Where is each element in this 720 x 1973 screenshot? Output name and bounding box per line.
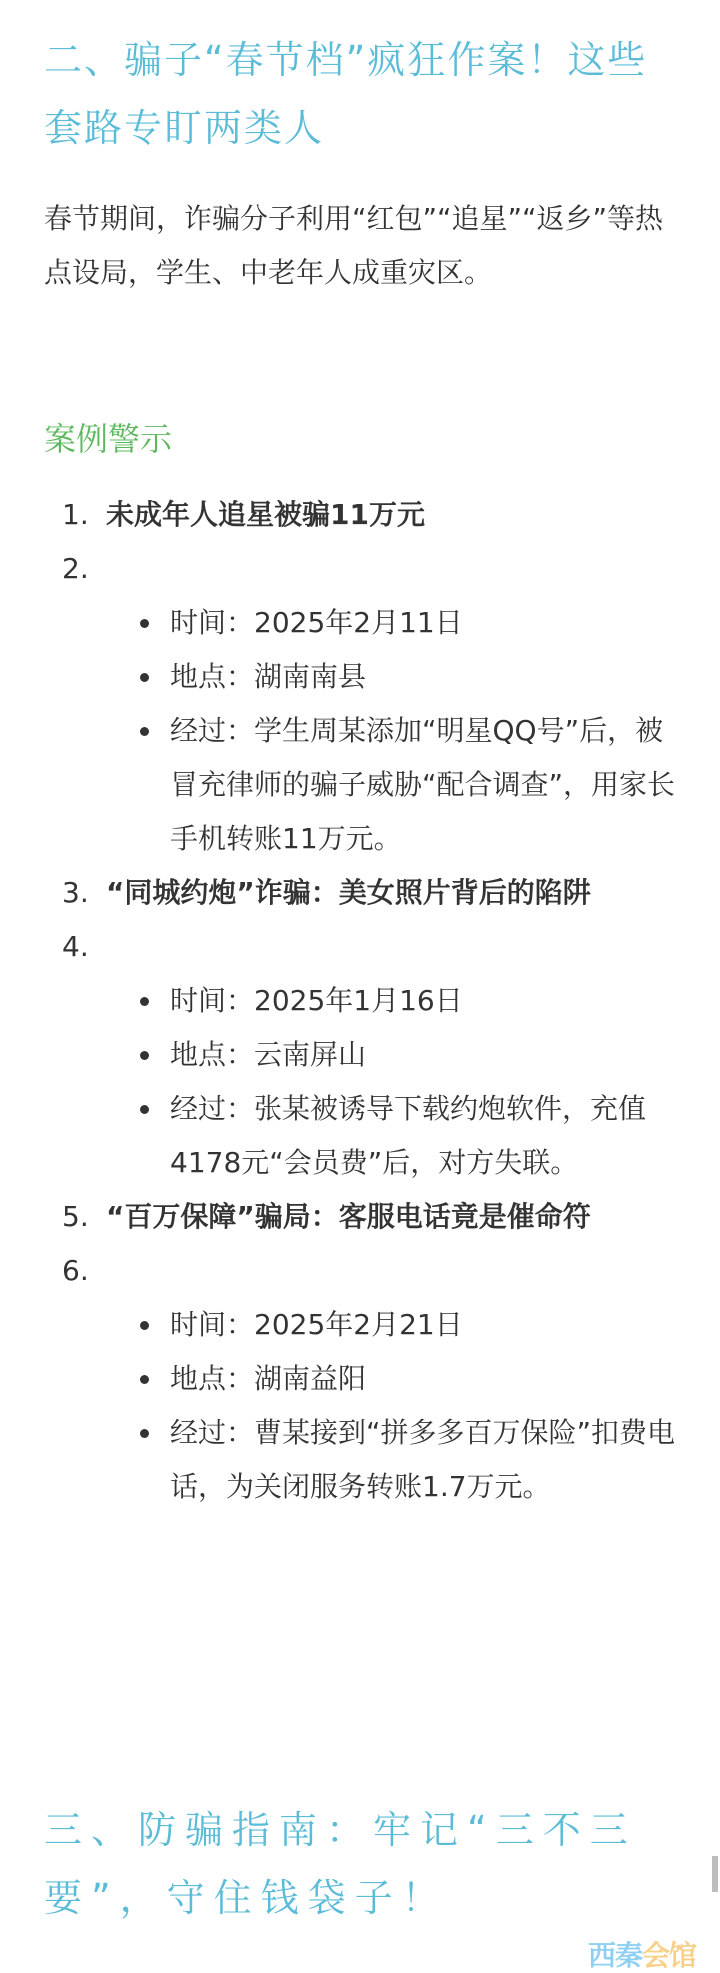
- case-list: 1. 未成年人追星被骗11万元 2. 时间：2025年2月11日 地点：湖南南县…: [44, 488, 676, 1514]
- case-item-2: 2. 时间：2025年2月11日 地点：湖南南县 经过：学生周某添加“明星QQ号…: [44, 542, 676, 866]
- bullet-icon: [140, 727, 149, 736]
- scrollbar-thumb[interactable]: [712, 1856, 718, 1892]
- list-number: 3.: [62, 866, 89, 920]
- detail-time: 时间：2025年2月21日: [106, 1298, 676, 1352]
- bullet-icon: [140, 1051, 149, 1060]
- watermark-logo: 西秦会馆: [588, 1934, 696, 1973]
- case-title: “百万保障”骗局：客服电话竟是催命符: [106, 1200, 591, 1233]
- detail-place: 地点：湖南南县: [106, 650, 676, 704]
- case-item-1: 1. 未成年人追星被骗11万元: [44, 488, 676, 542]
- detail-process: 经过：曹某接到“拼多多百万保险”扣费电话，为关闭服务转账1.7万元。: [106, 1406, 676, 1514]
- section-heading-2: 二、骗子“春节档”疯狂作案！这些套路专盯两类人: [44, 26, 676, 162]
- list-number: 4.: [62, 920, 89, 974]
- intro-paragraph: 春节期间，诈骗分子利用“红包”“追星”“返乡”等热点设局，学生、中老年人成重灾区…: [44, 192, 676, 300]
- section-heading-3: 三、防骗指南：牢记“三不三要”，守住钱袋子！: [44, 1796, 676, 1932]
- case-title: 未成年人追星被骗11万元: [106, 498, 425, 531]
- bullet-icon: [140, 997, 149, 1006]
- detail-time: 时间：2025年1月16日: [106, 974, 676, 1028]
- list-number: 6.: [62, 1244, 89, 1298]
- list-number: 1.: [62, 488, 89, 542]
- case-details: 时间：2025年2月11日 地点：湖南南县 经过：学生周某添加“明星QQ号”后，…: [106, 596, 676, 866]
- detail-place: 地点：云南屏山: [106, 1028, 676, 1082]
- case-item-6: 6. 时间：2025年2月21日 地点：湖南益阳 经过：曹某接到“拼多多百万保险…: [44, 1244, 676, 1514]
- detail-time: 时间：2025年2月11日: [106, 596, 676, 650]
- bullet-icon: [140, 1375, 149, 1384]
- bullet-icon: [140, 673, 149, 682]
- detail-process: 经过：学生周某添加“明星QQ号”后，被冒充律师的骗子威胁“配合调查”，用家长手机…: [106, 704, 676, 866]
- case-details: 时间：2025年2月21日 地点：湖南益阳 经过：曹某接到“拼多多百万保险”扣费…: [106, 1298, 676, 1514]
- detail-process: 经过：张某被诱导下载约炮软件，充值4178元“会员费”后，对方失联。: [106, 1082, 676, 1190]
- case-details: 时间：2025年1月16日 地点：云南屏山 经过：张某被诱导下载约炮软件，充值4…: [106, 974, 676, 1190]
- list-number: 5.: [62, 1190, 89, 1244]
- case-item-3: 3. “同城约炮”诈骗：美女照片背后的陷阱: [44, 866, 676, 920]
- bullet-icon: [140, 1321, 149, 1330]
- case-title: “同城约炮”诈骗：美女照片背后的陷阱: [106, 876, 591, 909]
- detail-place: 地点：湖南益阳: [106, 1352, 676, 1406]
- bullet-icon: [140, 1105, 149, 1114]
- case-warning-subheading: 案例警示: [44, 412, 172, 466]
- bullet-icon: [140, 619, 149, 628]
- case-item-5: 5. “百万保障”骗局：客服电话竟是催命符: [44, 1190, 676, 1244]
- list-number: 2.: [62, 542, 89, 596]
- bullet-icon: [140, 1429, 149, 1438]
- case-item-4: 4. 时间：2025年1月16日 地点：云南屏山 经过：张某被诱导下载约炮软件，…: [44, 920, 676, 1190]
